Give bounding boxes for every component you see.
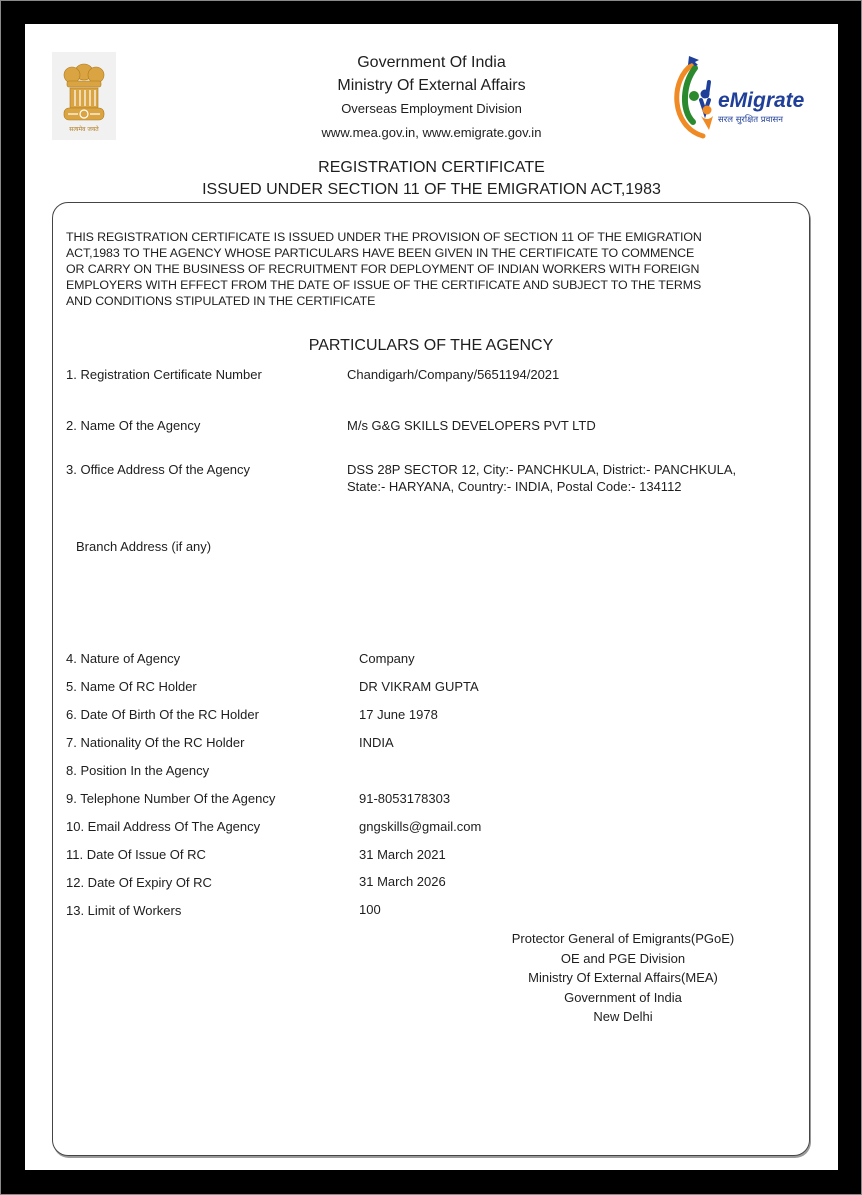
svg-text:eMigrate: eMigrate (718, 89, 805, 112)
telephone-value: 91-8053178303 (359, 791, 450, 806)
preamble-text: THIS REGISTRATION CERTIFICATE IS ISSUED … (66, 229, 796, 309)
office-address-value: DSS 28P SECTOR 12, City:- PANCHKULA, Dis… (347, 461, 787, 495)
rc-holder-dob-value: 17 June 1978 (359, 707, 438, 722)
email-label: 10. Email Address Of The Agency (66, 819, 260, 834)
agency-name-value: M/s G&G SKILLS DEVELOPERS PVT LTD (347, 418, 596, 433)
authority-division: OE and PGE Division (473, 949, 773, 969)
email-value: gngskills@gmail.com (359, 819, 481, 834)
office-address-line: DSS 28P SECTOR 12, City:- PANCHKULA, Dis… (347, 461, 787, 478)
preamble-line: EMPLOYERS WITH EFFECT FROM THE DATE OF I… (66, 277, 796, 293)
issue-date-value: 31 March 2021 (359, 847, 446, 862)
certificate-title: REGISTRATION CERTIFICATE (25, 159, 838, 177)
preamble-line: ACT,1983 TO THE AGENCY WHOSE PARTICULARS… (66, 245, 796, 261)
preamble-line: OR CARRY ON THE BUSINESS OF RECRUITMENT … (66, 261, 796, 277)
agency-name-label: 2. Name Of the Agency (66, 418, 200, 433)
issue-date-label: 11. Date Of Issue Of RC (66, 847, 206, 862)
authority-ministry: Ministry Of External Affairs(MEA) (473, 968, 773, 988)
certificate-subtitle: ISSUED UNDER SECTION 11 OF THE EMIGRATIO… (25, 181, 838, 199)
position-label: 8. Position In the Agency (66, 763, 209, 778)
authority-city: New Delhi (473, 1007, 773, 1027)
rc-number-label: 1. Registration Certificate Number (66, 367, 262, 382)
branch-address-label: Branch Address (if any) (76, 539, 211, 554)
preamble-line: THIS REGISTRATION CERTIFICATE IS ISSUED … (66, 229, 796, 245)
rc-number-value: Chandigarh/Company/5651194/2021 (347, 367, 559, 382)
certificate-page: सत्यमेव जयते Government Of India Ministr… (25, 24, 838, 1170)
rc-holder-dob-label: 6. Date Of Birth Of the RC Holder (66, 707, 259, 722)
office-address-label: 3. Office Address Of the Agency (66, 462, 250, 477)
preamble-line: AND CONDITIONS STIPULATED IN THE CERTIFI… (66, 293, 796, 309)
rc-holder-name-label: 5. Name Of RC Holder (66, 679, 197, 694)
rc-holder-nationality-value: INDIA (359, 735, 394, 750)
rc-holder-nationality-label: 7. Nationality Of the RC Holder (66, 735, 244, 750)
particulars-heading: PARTICULARS OF THE AGENCY (53, 337, 809, 355)
issuing-authority-block: Protector General of Emigrants(PGoE) OE … (473, 929, 773, 1027)
authority-title: Protector General of Emigrants(PGoE) (473, 929, 773, 949)
authority-government: Government of India (473, 988, 773, 1008)
certificate-body-box: THIS REGISTRATION CERTIFICATE IS ISSUED … (52, 202, 810, 1156)
nature-of-agency-label: 4. Nature of Agency (66, 651, 180, 666)
emigrate-logo-icon: eMigrate सरल सुरक्षित प्रवासन (665, 52, 815, 142)
worker-limit-value: 100 (359, 902, 381, 917)
rc-holder-name-value: DR VIKRAM GUPTA (359, 679, 479, 694)
svg-text:सरल सुरक्षित प्रवासन: सरल सुरक्षित प्रवासन (718, 114, 783, 125)
expiry-date-label: 12. Date Of Expiry Of RC (66, 875, 212, 890)
office-address-line: State:- HARYANA, Country:- INDIA, Postal… (347, 478, 787, 495)
worker-limit-label: 13. Limit of Workers (66, 903, 181, 918)
nature-of-agency-value: Company (359, 651, 415, 666)
expiry-date-value: 31 March 2026 (359, 874, 446, 889)
telephone-label: 9. Telephone Number Of the Agency (66, 791, 275, 806)
